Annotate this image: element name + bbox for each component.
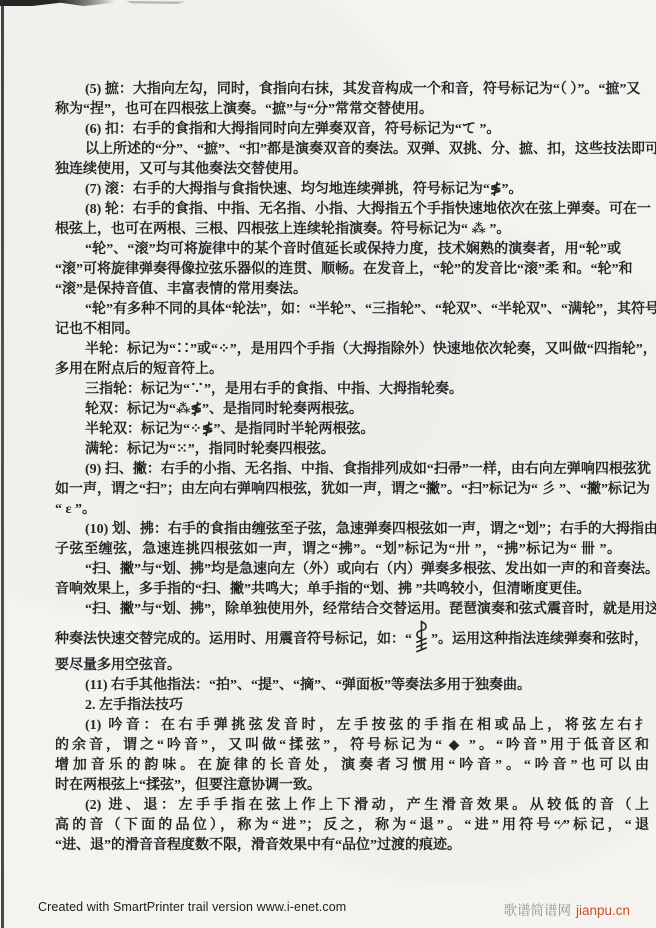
site-name-cn: 歌谱简谱网 — [503, 903, 571, 918]
text-segment: “滚”可将旋律弹奏得像拉弦乐器似的连贯、顺畅。在发音上，“轮”的发音比“滚”柔 … — [55, 262, 633, 277]
text-segment: (9) 扫、撇：右手的小指、无名指、中指、食指排列成如“扫帚”一样，由右向左弹响… — [85, 462, 651, 477]
text-segment: 轮双：标记为“⁂≸”、是指同时轮奏两根弦。 — [85, 402, 363, 417]
text-segment: 以上所述的“分”、“摭”、“扣”都是演奏双音的奏法。双弹、双挑、分、摭、扣，这些… — [85, 142, 656, 157]
text-line: (10) 划、拂：右手的食指由缠弦至子弦，急速弹奏四根弦如一声，谓之“划”；右手… — [55, 520, 621, 540]
text-segment: 的余音，谓之“吟音”，又叫做“揉弦”，符号标记为“ ◆ ”。“吟音”用于低音区和 — [55, 738, 649, 753]
text-line: “滚”是保持音值、丰富表情的常用奏法。 — [55, 280, 621, 300]
scanned-document-page: (5) 摭：大指向左勾，同时，食指向右抹，其发音构成一个和音，符号标记为“（ ）… — [0, 0, 656, 928]
text-segment: (7) 滚：右手的大拇指与食指快速、均匀地连续弹挑，符号标记为“≸”。 — [85, 182, 523, 197]
text-line: “轮”有多种不同的具体“轮法”，如：“半轮”、“三指轮”、“轮双”、“半轮双”、… — [55, 300, 621, 320]
text-line: 称为“捏”，也可在四根弦上演奏。“摭”与“分”常常交替使用。 — [55, 100, 621, 120]
text-segment: 子弦至缠弦，急速连挑四根弦如一声，谓之“拂”。“划”标记为“卅 ”，“拂”标记为… — [55, 542, 621, 557]
site-watermark: 歌谱简谱网jianpu.cn — [503, 899, 630, 919]
site-domain: jianpu.cn — [576, 903, 630, 918]
text-line: 种奏法快速交替完成的。运用时、用震音符号标记，如：“ ”。运用这种指法连续弹奏和… — [55, 620, 621, 656]
text-line: “进、退”的滑音音程度数不限，滑音效果中有“品位”过渡的痕迹。 — [55, 836, 621, 856]
text-segment: (10) 划、拂：右手的食指由缠弦至子弦，急速弹奏四根弦如一声，谓之“划”；右手… — [85, 522, 656, 537]
text-line: 半轮双：标记为“⁘≸”、是指同时半轮两根弦。 — [55, 420, 621, 440]
text-segment: “扫、撇”与“划、拂”，除单独使用外，经常结合交替运用。琵琶演奏和弦式震音时，就… — [85, 602, 656, 617]
text-segment: 2. 左手指法技巧 — [85, 698, 183, 713]
scan-smudge-artifact — [0, 0, 116, 6]
text-segment: 高的音（下面的品位），称为“进”；反之，称为“退”。“进”用符号“∕”标记，“退 — [55, 818, 649, 833]
text-segment: 种奏法快速交替完成的。运用时、用震音符号标记，如：“ — [55, 632, 412, 647]
page-footer: Created with SmartPrinter trail version … — [0, 897, 656, 919]
text-line: 记也不相同。 — [55, 320, 621, 340]
text-segment: 增加音乐的韵味。在旋律的长音处，演奏者习惯用“吟音”。“吟音”也可以由 — [55, 758, 649, 773]
text-segment: 称为“捏”，也可在四根弦上演奏。“摭”与“分”常常交替使用。 — [55, 102, 433, 117]
text-line: 时在两根弦上“揉弦”，但要注意协调一致。 — [55, 776, 621, 796]
text-segment: 三指轮：标记为“∵”，是用右手的食指、中指、大拇指轮奏。 — [85, 382, 463, 397]
text-segment: “轮”有多种不同的具体“轮法”，如：“半轮”、“三指轮”、“轮双”、“半轮双”、… — [85, 302, 656, 317]
text-segment: (6) 扣：右手的食指和大拇指同时向左弹奏双音，符号标记为“て ”。 — [85, 122, 500, 137]
text-segment: “滚”是保持音值、丰富表情的常用奏法。 — [55, 282, 307, 297]
text-segment: 多用在附点后的短音符上。 — [55, 362, 223, 377]
text-line: 独连续使用，又可与其他奏法交替使用。 — [55, 160, 621, 180]
printer-watermark: Created with SmartPrinter trail version … — [38, 900, 346, 914]
text-line: (1) 吟音：在右手弹挑弦发音时，左手按弦的手指在相或品上，将弦左右扌 — [55, 716, 649, 736]
text-line: 音响效果上，多手指的“扫、撇”共鸣大；单手指的“划、拂 ”共鸣较小，但清晰度更佳… — [55, 580, 621, 600]
text-line: 三指轮：标记为“∵”，是用右手的食指、中指、大拇指轮奏。 — [55, 380, 621, 400]
text-line: (9) 扫、撇：右手的小指、无名指、中指、食指排列成如“扫帚”一样，由右向左弹响… — [55, 460, 621, 480]
text-segment: (11) 右手其他指法：“拍”、“提”、“摘”、“弹面板”等奏法多用于独奏曲。 — [85, 678, 531, 693]
text-line: 轮双：标记为“⁂≸”、是指同时轮奏两根弦。 — [55, 400, 621, 420]
text-line: 如一声，谓之“扫”；由左向右弹响四根弦，犹如一声，谓之“撇”。“扫”标记为“ 彡… — [55, 480, 621, 500]
text-segment: 要尽量多用空弦音。 — [55, 658, 181, 673]
scan-smudge-artifact — [126, 1, 186, 4]
text-line: 增加音乐的韵味。在旋律的长音处，演奏者习惯用“吟音”。“吟音”也可以由 — [55, 756, 649, 776]
text-line: 根弦上，也可在两根、三根、四根弦上连续轮指演奏。符号标记为“ ⁂ ”。 — [55, 220, 621, 240]
text-line: 半轮：标记为“∷”或“⁘”，是用四个手指（大拇指除外）快速地依次轮奏，又叫做“四… — [55, 340, 621, 360]
text-line: (5) 摭：大指向左勾，同时，食指向右抹，其发音构成一个和音，符号标记为“（ ）… — [55, 80, 621, 100]
text-segment: (8) 轮：右手的食指、中指、无名指、小指、大拇指五个手指快速地依次在弦上弹奏。… — [85, 202, 651, 217]
text-segment: 如一声，谓之“扫”；由左向右弹响四根弦，犹如一声，谓之“撇”。“扫”标记为“ 彡… — [55, 482, 650, 497]
text-line: “ ε ”。 — [55, 500, 621, 520]
text-segment: ”。运用这种指法连续弹奏和弦时， — [431, 632, 648, 647]
text-line: (2) 进、退：左手手指在弦上作上下滑动，产生滑音效果。从较低的音（上 — [55, 796, 649, 816]
text-line: “滚”可将旋律弹奏得像拉弦乐器似的连贯、顺畅。在发音上，“轮”的发音比“滚”柔 … — [55, 260, 621, 280]
text-line: 要尽量多用空弦音。 — [55, 656, 621, 676]
text-line: “扫、撇”与“划、拂”均是急速向左（外）或向右（内）弹奏多根弦、发出如一声的和音… — [55, 560, 621, 580]
text-line: (7) 滚：右手的大拇指与食指快速、均匀地连续弹挑，符号标记为“≸”。 — [55, 180, 621, 200]
text-line: (8) 轮：右手的食指、中指、无名指、小指、大拇指五个手指快速地依次在弦上弹奏。… — [55, 200, 621, 220]
text-segment: (1) 吟音：在右手弹挑弦发音时，左手按弦的手指在相或品上，将弦左右扌 — [85, 718, 649, 733]
text-line: 以上所述的“分”、“摭”、“扣”都是演奏双音的奏法。双弹、双挑、分、摭、扣，这些… — [55, 140, 621, 160]
text-segment: 半轮双：标记为“⁘≸”、是指同时半轮两根弦。 — [85, 422, 374, 437]
text-segment: 根弦上，也可在两根、三根、四根弦上连续轮指演奏。符号标记为“ ⁂ ”。 — [55, 222, 510, 237]
text-line: 2. 左手指法技巧 — [55, 696, 621, 716]
tremolo-symbol-icon — [414, 620, 429, 656]
text-segment: “轮”、“滚”均可将旋律中的某个音时值延长或保持力度，技术娴熟的演奏者，用“轮”… — [85, 242, 621, 257]
text-segment: “进、退”的滑音音程度数不限，滑音效果中有“品位”过渡的痕迹。 — [55, 838, 461, 853]
document-text: (5) 摭：大指向左勾，同时，食指向右抹，其发音构成一个和音，符号标记为“（ ）… — [55, 80, 621, 856]
text-line: 的余音，谓之“吟音”，又叫做“揉弦”，符号标记为“ ◆ ”。“吟音”用于低音区和 — [55, 736, 649, 756]
text-segment: (2) 进、退：左手手指在弦上作上下滑动，产生滑音效果。从较低的音（上 — [85, 798, 649, 813]
text-line: (6) 扣：右手的食指和大拇指同时向左弹奏双音，符号标记为“て ”。 — [55, 120, 621, 140]
text-segment: 记也不相同。 — [55, 322, 139, 337]
text-line: 子弦至缠弦，急速连挑四根弦如一声，谓之“拂”。“划”标记为“卅 ”，“拂”标记为… — [55, 540, 621, 560]
text-line: (11) 右手其他指法：“拍”、“提”、“摘”、“弹面板”等奏法多用于独奏曲。 — [55, 676, 621, 696]
text-line: “扫、撇”与“划、拂”，除单独使用外，经常结合交替运用。琵琶演奏和弦式震音时，就… — [55, 600, 621, 620]
text-segment: 音响效果上，多手指的“扫、撇”共鸣大；单手指的“划、拂 ”共鸣较小，但清晰度更佳… — [55, 582, 591, 597]
text-line: 满轮：标记为“⁙”，指同时轮奏四根弦。 — [55, 440, 621, 460]
text-line: 高的音（下面的品位），称为“进”；反之，称为“退”。“进”用符号“∕”标记，“退 — [55, 816, 649, 836]
text-segment: (5) 摭：大指向左勾，同时，食指向右抹，其发音构成一个和音，符号标记为“（ ）… — [85, 82, 640, 97]
text-segment: 独连续使用，又可与其他奏法交替使用。 — [55, 162, 307, 177]
text-segment: 半轮：标记为“∷”或“⁘”，是用四个手指（大拇指除外）快速地依次轮奏，又叫做“四… — [85, 342, 656, 357]
text-segment: 满轮：标记为“⁙”，指同时轮奏四根弦。 — [85, 442, 335, 457]
text-line: “轮”、“滚”均可将旋律中的某个音时值延长或保持力度，技术娴熟的演奏者，用“轮”… — [55, 240, 621, 260]
text-segment: “ ε ”。 — [55, 502, 96, 517]
text-segment: “扫、撇”与“划、拂”均是急速向左（外）或向右（内）弹奏多根弦、发出如一声的和音… — [85, 562, 656, 577]
scan-edge-shadow — [1, 4, 4, 928]
text-segment: 时在两根弦上“揉弦”，但要注意协调一致。 — [55, 778, 321, 793]
text-line: 多用在附点后的短音符上。 — [55, 360, 621, 380]
